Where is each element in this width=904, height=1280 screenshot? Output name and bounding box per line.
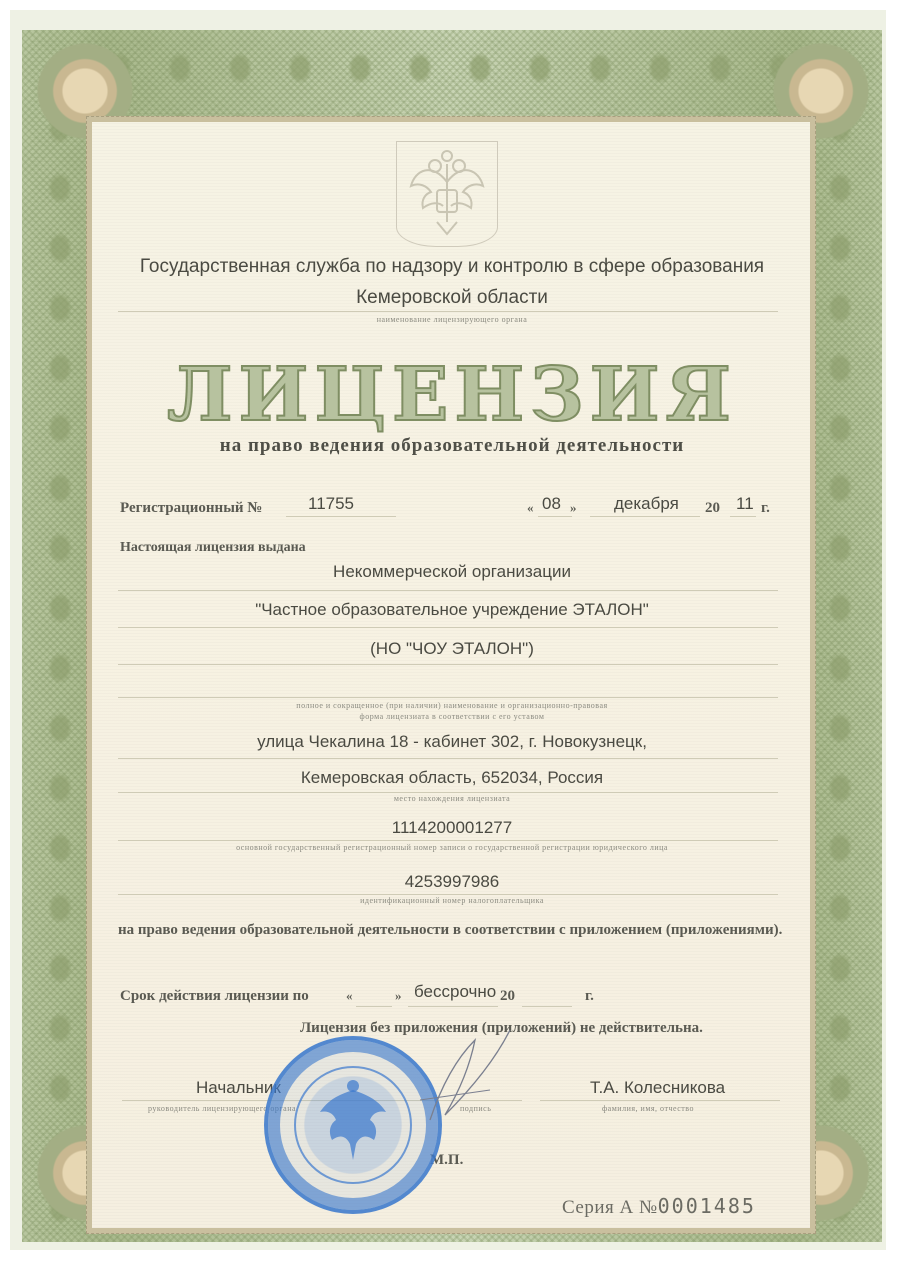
licensee-caption-2: форма лицензиата в соответствии с его ус…: [0, 712, 904, 721]
year-unit: г.: [761, 500, 770, 517]
field-underline: [118, 697, 778, 698]
field-underline: [408, 1006, 498, 1007]
document-title: ЛИЦЕНЗИЯ: [0, 352, 904, 438]
validity-label: Срок действия лицензии по: [120, 988, 309, 1005]
validity-value: бессрочно: [414, 982, 496, 1002]
quote-open: «: [346, 988, 353, 1004]
address-caption: место нахождения лицензиата: [0, 794, 904, 803]
field-underline: [286, 516, 396, 517]
registration-year: 11: [736, 494, 754, 514]
year-prefix: 20: [500, 988, 515, 1005]
number-sign: №: [639, 1197, 658, 1218]
registration-day: 08: [542, 494, 561, 514]
russian-coat-of-arms-icon: [396, 141, 498, 247]
inn-value: 4253997986: [0, 872, 904, 892]
serial-number: Серия А №0001485: [562, 1194, 756, 1219]
name-caption: фамилия, имя, отчество: [602, 1104, 694, 1113]
authority-caption: наименование лицензирующего органа: [0, 315, 904, 324]
licensee-line-3: (НО "ЧОУ ЭТАЛОН"): [0, 639, 904, 659]
registration-month: декабря: [614, 494, 679, 514]
quote-close: »: [570, 500, 577, 516]
field-underline: [118, 311, 778, 312]
purpose-text: на право ведения образовательной деятель…: [118, 920, 783, 940]
licensee-line-1: Некоммерческой организации: [0, 562, 904, 582]
registration-label: Регистрационный №: [120, 500, 262, 517]
field-underline: [118, 894, 778, 895]
field-underline: [540, 1100, 780, 1101]
year-unit: г.: [585, 988, 594, 1005]
quote-close: »: [395, 988, 402, 1004]
field-underline: [118, 590, 778, 591]
licensee-caption-1: полное и сокращенное (при наличии) наиме…: [0, 701, 904, 710]
field-underline: [118, 792, 778, 793]
handwritten-signature-icon: [400, 1020, 540, 1140]
quote-open: «: [527, 500, 534, 516]
ogrn-caption: основной государственный регистрационный…: [0, 843, 904, 852]
series-label: Серия А: [562, 1197, 634, 1218]
field-underline: [538, 516, 572, 517]
field-underline: [118, 840, 778, 841]
licensee-line-2: "Частное образовательное учреждение ЭТАЛ…: [0, 600, 904, 620]
ogrn-value: 1114200001277: [0, 818, 904, 838]
field-underline: [356, 1006, 392, 1007]
field-underline: [118, 664, 778, 665]
address-line-2: Кемеровская область, 652034, Россия: [0, 768, 904, 788]
field-underline: [522, 1006, 572, 1007]
field-underline: [590, 516, 700, 517]
field-underline: [730, 516, 756, 517]
year-prefix: 20: [705, 500, 720, 517]
authority-name: Государственная служба по надзору и конт…: [0, 256, 904, 278]
issued-label: Настоящая лицензия выдана: [120, 540, 306, 556]
authority-region: Кемеровской области: [0, 287, 904, 309]
serial-value: 0001485: [658, 1194, 756, 1218]
signatory-name: Т.А. Колесникова: [590, 1078, 725, 1098]
field-underline: [118, 758, 778, 759]
registration-number: 11755: [308, 494, 354, 514]
inn-caption: идентификационный номер налогоплательщик…: [0, 896, 904, 905]
field-underline: [118, 627, 778, 628]
address-line-1: улица Чекалина 18 - кабинет 302, г. Ново…: [0, 732, 904, 752]
document-subtitle: на право ведения образовательной деятель…: [0, 435, 904, 457]
